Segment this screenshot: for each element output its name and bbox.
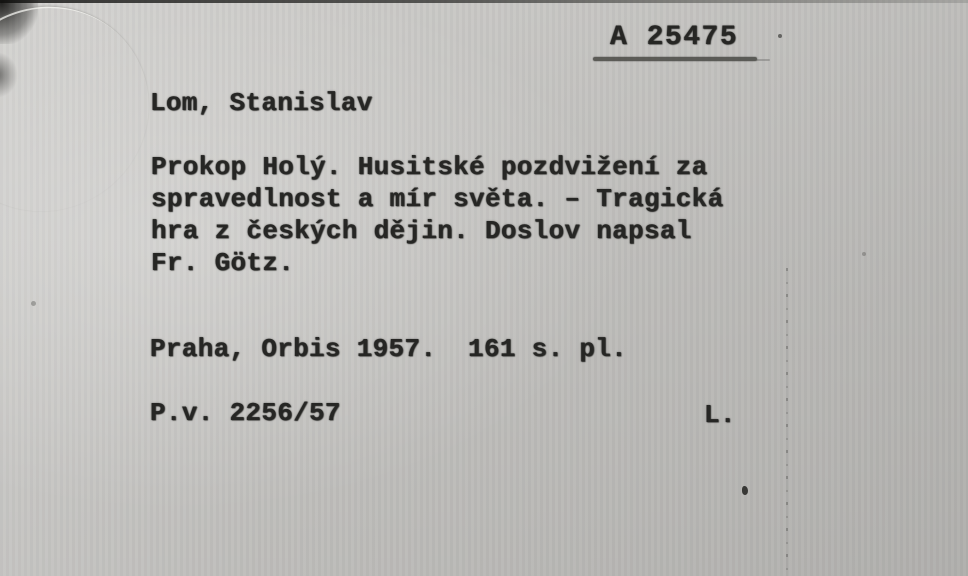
title-line: spravedlnost a mír světa. – Tragická <box>151 183 724 215</box>
title-block: Prokop Holý. Husitské pozdvižení za spra… <box>151 151 724 279</box>
paper-speck <box>31 301 36 306</box>
paper-speck <box>742 486 748 495</box>
record-number: P.v. 2256/57 <box>150 398 341 428</box>
title-line: Fr. Götz. <box>151 247 724 279</box>
cataloguer-initial: L. <box>704 400 736 430</box>
title-line: hra z českých dějin. Doslov napsal <box>151 215 724 247</box>
paper-speck <box>862 252 866 256</box>
call-number-underline <box>593 57 757 61</box>
imprint-line: Praha, Orbis 1957. 161 s. pl. <box>150 334 627 364</box>
punch-guide-line <box>786 268 788 576</box>
author-heading: Lom, Stanislav <box>150 88 373 118</box>
scan-top-edge <box>0 0 968 3</box>
catalog-card-scan: A 25475 Lom, Stanislav Prokop Holý. Husi… <box>0 0 968 576</box>
title-line: Prokop Holý. Husitské pozdvižení za <box>151 151 724 183</box>
paper-speck <box>778 34 782 38</box>
call-number: A 25475 <box>610 22 738 53</box>
